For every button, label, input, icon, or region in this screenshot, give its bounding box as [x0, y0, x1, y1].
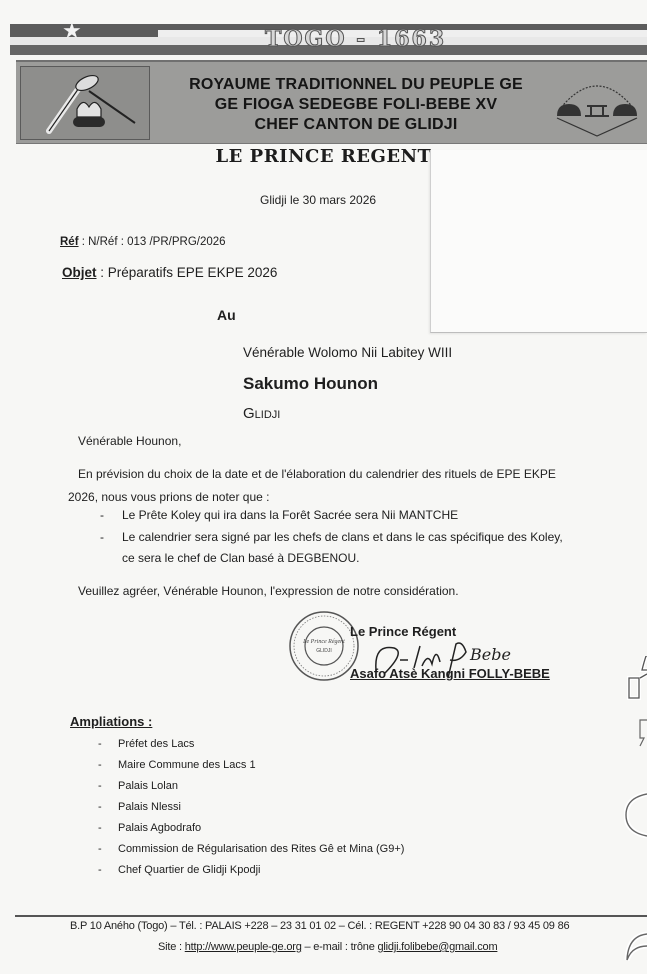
svg-text:Le Prince Régent: Le Prince Régent — [302, 639, 345, 645]
copies-to-text: Préfet des Lacs — [118, 738, 194, 750]
thumbs-up-icon[interactable] — [626, 656, 647, 702]
bullet-text: Le calendrier sera signé par les chefs d… — [122, 530, 563, 544]
copies-to-text: Maire Commune des Lacs 1 — [118, 759, 256, 771]
signatory-title: Le Prince Régent — [350, 624, 456, 639]
bullet-marker: - — [100, 508, 104, 522]
bullet-text-continuation: ce sera le chef de Clan basé à DEGBENOU. — [122, 551, 359, 565]
bullet-marker: - — [98, 738, 102, 750]
bullet-marker: - — [98, 780, 102, 792]
kingdom-name-line: CHEF CANTON DE GLIDJI — [166, 116, 546, 134]
salutation: Vénérable Hounon, — [78, 434, 181, 448]
bullet-marker: - — [98, 822, 102, 834]
bullet-marker: - — [98, 843, 102, 855]
left-emblem-frame — [20, 66, 150, 140]
copies-to-text: Chef Quartier de Glidji Kpodji — [118, 864, 260, 876]
kingdom-name-line: GE FIOGA SEDEGBE FOLI-BEBE XV — [166, 96, 546, 114]
subject-value: : Préparatifs EPE EKPE 2026 — [97, 265, 278, 280]
subject-line: Objet : Préparatifs EPE EKPE 2026 — [62, 265, 277, 280]
kingdom-name-line: ROYAUME TRADITIONNEL DU PEUPLE GE — [166, 76, 546, 94]
svg-text:GLIDJI: GLIDJI — [316, 648, 332, 654]
addressee-prefix: Au — [217, 307, 236, 323]
subject-label: Objet — [62, 265, 97, 280]
paper-fold-area — [430, 150, 647, 333]
email-label: – e-mail : trône — [302, 941, 378, 953]
footer-web-line: Site : http://www.peuple-ge.org – e-mail… — [158, 941, 497, 953]
reply-icon[interactable] — [624, 930, 647, 970]
closing-formula: Veuillez agréer, Vénérable Hounon, l'exp… — [78, 584, 459, 598]
recipient-title: Vénérable Wolomo Nii Labitey WIII — [243, 345, 452, 360]
email-link[interactable]: glidji.folibebe@gmail.com — [378, 941, 498, 953]
letter-page: ★ TOGO - 1663 ROYAUME TRADITIONNEL DU PE… — [0, 0, 647, 974]
copies-to-text: Palais Nlessi — [118, 801, 181, 813]
copies-to-heading: Ampliations : — [70, 714, 152, 729]
bullet-marker: - — [98, 864, 102, 876]
letterhead-banner: ROYAUME TRADITIONNEL DU PEUPLE GE GE FIO… — [16, 60, 647, 144]
site-label: Site : — [158, 941, 185, 953]
letter-date: Glidji le 30 mars 2026 — [260, 193, 376, 207]
traditional-seal-icon — [551, 66, 643, 138]
copies-to-text: Palais Lolan — [118, 780, 178, 792]
reference-label: Réf — [60, 236, 79, 248]
svg-text:Bebe: Bebe — [469, 645, 511, 664]
bullet-text: Le Prête Koley qui ira dans la Forêt Sac… — [122, 508, 458, 522]
bullet-marker: - — [98, 759, 102, 771]
flag-banner: ★ TOGO - 1663 — [10, 24, 647, 60]
website-link[interactable]: http://www.peuple-ge.org — [185, 941, 302, 953]
recipient-location: Glidji — [243, 405, 280, 422]
flag-title: TOGO - 1663 — [265, 26, 446, 52]
share-icon[interactable] — [624, 790, 647, 840]
reference-value: : N/Réf : 013 /PR/PRG/2026 — [79, 236, 226, 248]
bullet-marker: - — [98, 801, 102, 813]
reference-line: Réf : N/Réf : 013 /PR/PRG/2026 — [60, 236, 226, 248]
body-paragraph-line: 2026, nous vous prions de noter que : — [68, 490, 269, 504]
bullet-marker: - — [100, 530, 104, 544]
signatory-name: Asafo Atsè Kangni FOLLY-BEBE — [350, 666, 550, 681]
copies-to-text: Palais Agbodrafo — [118, 822, 201, 834]
recipient-name: Sakumo Hounon — [243, 374, 378, 394]
footer-contact-line: B.P 10 Aného (Togo) – Tél. : PALAIS +228… — [70, 920, 569, 932]
footer-divider — [15, 915, 647, 917]
comment-icon[interactable] — [638, 718, 647, 748]
star-icon: ★ — [62, 20, 82, 42]
body-paragraph-line: En prévision du choix de la date et de l… — [78, 467, 556, 481]
copies-to-text: Commission de Régularisation des Rites G… — [118, 843, 404, 855]
royal-sceptre-crown-icon — [39, 73, 139, 135]
